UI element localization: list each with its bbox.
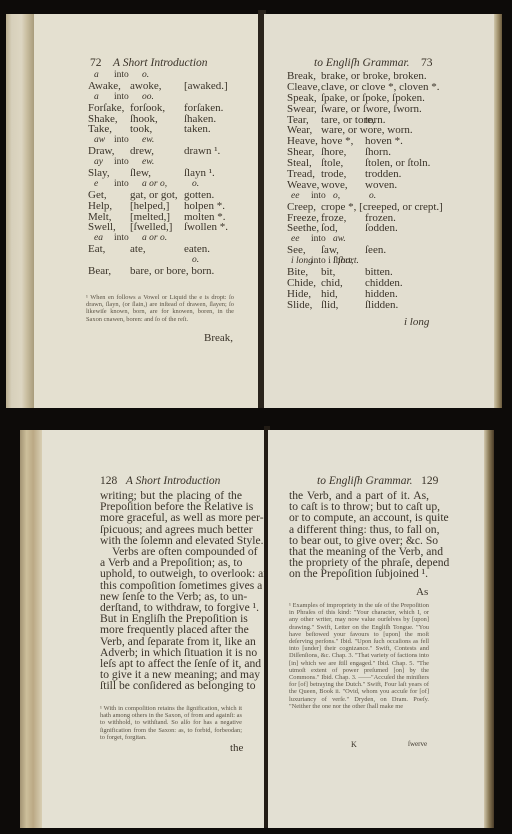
body-text: writing; but the placing of thePrepoſiti… [100, 490, 242, 692]
cell-b: awoke, [130, 81, 161, 92]
verb-row: Help,[helped,]holpen *. [88, 201, 248, 212]
cell-b: took, [130, 124, 152, 135]
page-number: 128 [100, 475, 117, 487]
page-number: 129 [421, 475, 438, 487]
verb-row: Forſake,forſook,forſaken. [88, 103, 248, 114]
cell-a: Swear, [287, 104, 317, 115]
cell-c: ſodden. [365, 223, 398, 234]
cell-b: ſlid, [321, 300, 338, 311]
cell-c: woven. [365, 180, 397, 191]
running-head: to Engliſh Grammar. 129 [317, 475, 438, 487]
page-72: 72 A Short Introduction aintoo.Awake,awo… [6, 14, 260, 408]
cell-b: [ſwelled,] [130, 222, 172, 233]
fore-edge [6, 14, 34, 408]
footnote: ¹ When en follows a Vowel or Liquid the … [86, 294, 234, 323]
running-title: to Engliſh Grammar. [317, 475, 413, 487]
cell-b: into [114, 135, 129, 146]
cell-a: Draw, [88, 146, 114, 157]
verb-row: Draw,drew,drawn ¹. [88, 146, 248, 157]
body-text: the Verb, and a part of it. As,to caſt i… [289, 490, 429, 580]
cell-c: taken. [184, 124, 211, 135]
cell-b: [helped,] [130, 201, 169, 212]
cell-b: ate, [130, 244, 146, 255]
vowel-change-row: ayintoew. [88, 157, 248, 168]
catchword: Break, [204, 332, 233, 344]
verb-row: Eat,ate,eaten. [88, 244, 248, 255]
cell-c: [awaked.] [184, 81, 228, 92]
verb-row: Awake,awoke,[awaked.] [88, 81, 248, 92]
text-line: more graceful, as well as more per- [100, 512, 242, 523]
fore-edge [494, 14, 502, 408]
verb-row: Bear,bare, or bore, born. [88, 266, 248, 277]
cell-b: ſware, or ſwore, ſworn. [321, 104, 422, 115]
running-title: A Short Introduction [126, 475, 221, 487]
page-73: to Engliſh Grammar. 73 Break,brake, or b… [264, 14, 502, 408]
text-line: more frequently placed after the [100, 624, 242, 635]
page-number: 72 [90, 57, 102, 69]
verb-table: aintoo.Awake,awoke,[awaked.]aintooo.Forſ… [88, 70, 248, 277]
cell-b: ſod, [321, 223, 338, 234]
cell-a: Swell, [88, 222, 116, 233]
cell-b: ſlew, [130, 168, 151, 179]
cell-a: Help, [88, 201, 112, 212]
cell-a: Bear, [88, 266, 111, 277]
catchword: the [230, 742, 243, 754]
verb-row: Slide,ſlid,ſlidden. [287, 300, 447, 311]
cell-c: ſlayn ¹. [184, 168, 215, 179]
cell-b: ſaw, [321, 245, 339, 256]
text-line: ſtill be conſidered as belonging to [100, 680, 242, 691]
running-head: 128 A Short Introduction [100, 475, 220, 487]
cell-a: Weave, [287, 180, 319, 191]
footnote: ¹ With in compoſition retains the ſignif… [100, 705, 242, 741]
verb-row: Swear,ſware, or ſwore, ſworn. [287, 104, 447, 115]
verb-row: Shake,ſhook,ſhaken. [88, 114, 248, 125]
catchword: i long [404, 316, 429, 328]
footnote: ¹ Examples of impropriety in the uſe of … [289, 602, 429, 710]
cell-a: Take, [88, 124, 112, 135]
cell-b: into [114, 233, 129, 244]
verb-row: Creep,crope *, [creeped, or crept.] [287, 202, 447, 213]
running-head: 72 A Short Introduction [90, 57, 208, 69]
cell-c: forſaken. [184, 103, 223, 114]
cell-b: bare, or bore, born. [130, 266, 214, 277]
cell-c: i ſhort. [333, 256, 359, 267]
page-129: to Engliſh Grammar. 129 the Verb, and a … [268, 430, 494, 828]
cell-a: Seethe, [287, 223, 319, 234]
catchword: ſwerve [408, 740, 427, 748]
book-spread-pages-128-129: 128 A Short Introduction writing; but th… [0, 420, 512, 834]
vowel-change-row: eaintoa or o. [88, 233, 248, 244]
cell-a: Slide, [287, 300, 312, 311]
cell-a: See, [287, 245, 306, 256]
cell-c: ſlidden. [365, 300, 398, 311]
text-line: or to compute, an account, is quite [289, 512, 429, 523]
text-line: on the Prepoſition ſubjoined ¹. [289, 568, 429, 579]
page-128: 128 A Short Introduction writing; but th… [20, 430, 266, 828]
cell-b: crope *, [creeped, or crept.] [321, 202, 443, 213]
fore-edge [20, 430, 42, 828]
cell-b: drew, [130, 146, 154, 157]
cell-b: forſook, [130, 103, 165, 114]
cell-b: into [114, 179, 129, 190]
verb-table: Break,brake, or broke, broken.Cleave,cla… [287, 71, 447, 311]
verb-row: Slay,ſlew,ſlayn ¹. [88, 168, 248, 179]
cell-b: into [114, 157, 129, 168]
cell-c: holpen *. [184, 201, 225, 212]
signature-mark: K [351, 740, 357, 749]
cell-c: ſeen. [365, 245, 386, 256]
cell-a: Awake, [88, 81, 121, 92]
cell-b: wove, [321, 180, 348, 191]
cell-a: Slay, [88, 168, 110, 179]
verb-row: Weave,wove,woven. [287, 180, 447, 191]
running-head: to Engliſh Grammar. 73 [314, 57, 433, 69]
fore-edge [484, 430, 494, 828]
book-spread-pages-72-73: 72 A Short Introduction aintoo.Awake,awo… [0, 0, 512, 414]
cell-a: Eat, [88, 244, 105, 255]
cell-a: Creep, [287, 202, 316, 213]
running-title: to Engliſh Grammar. [314, 57, 410, 69]
cell-c: ſwollen *. [184, 222, 228, 233]
running-title: A Short Introduction [113, 57, 208, 69]
verb-row: Take,took,taken. [88, 124, 248, 135]
cell-a: Forſake, [88, 103, 124, 114]
cell-c: eaten. [184, 244, 210, 255]
verb-row: Seethe,ſod,ſodden. [287, 223, 447, 234]
verb-row: Swell,[ſwelled,]ſwollen *. [88, 222, 248, 233]
text-line: uphold, to outweigh, to overlook: and [100, 568, 242, 579]
page-number: 73 [421, 57, 433, 69]
verb-row: See,ſaw,ſeen. [287, 245, 447, 256]
cell-c: drawn ¹. [184, 146, 220, 157]
catchword: As [416, 586, 428, 598]
